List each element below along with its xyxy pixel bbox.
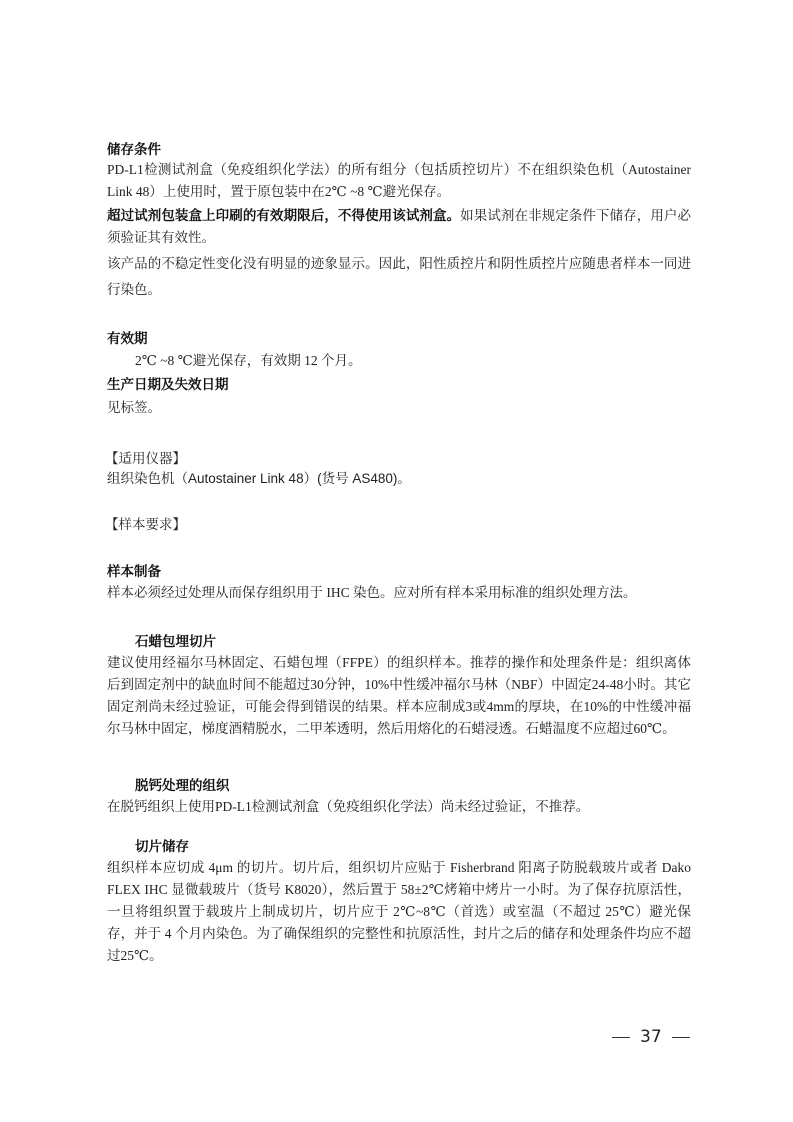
dates-text: 见标签。 bbox=[107, 397, 691, 419]
page-number-dash-right bbox=[672, 1037, 690, 1038]
dates-heading: 生产日期及失效日期 bbox=[107, 375, 691, 395]
expiry-heading: 有效期 bbox=[107, 329, 691, 349]
sample-prep-text: 样本必须经过处理从而保存组织用于 IHC 染色。应对所有样本采用标准的组织处理方… bbox=[107, 582, 691, 604]
slide-storage-text: 组织样本应切成 4μm 的切片。切片后，组织切片应贴于 Fisherbrand … bbox=[107, 857, 691, 967]
storage-para-1: PD-L1检测试剂盒（免疫组织化学法）的所有组分（包括质控切片）不在组织染色机（… bbox=[107, 159, 691, 203]
decal-heading: 脱钙处理的组织 bbox=[107, 776, 719, 796]
paraffin-heading: 石蜡包埋切片 bbox=[107, 632, 719, 652]
expiry-text: 2℃ ~8 ℃避光保存，有效期 12 个月。 bbox=[107, 350, 719, 372]
decal-text: 在脱钙组织上使用PD-L1检测试剂盒（免疫组织化学法）尚未经过验证，不推荐。 bbox=[107, 796, 691, 818]
page-number: 37 bbox=[612, 1027, 692, 1047]
storage-warning-bold: 超过试剂包装盒上印刷的有效期限后，不得使用该试剂盒。 bbox=[107, 208, 460, 224]
sample-requirements-heading: 【样本要求】 bbox=[105, 513, 689, 533]
sample-prep-heading: 样本制备 bbox=[107, 562, 691, 582]
storage-para-3: 该产品的不稳定性变化没有明显的迹象显示。因此，阳性质控片和阴性质控片应随患者样本… bbox=[107, 251, 691, 303]
page-number-dash-left bbox=[612, 1037, 630, 1038]
paraffin-text: 建议使用经福尔马林固定、石蜡包埋（FFPE）的组织样本。推荐的操作和处理条件是：… bbox=[107, 652, 691, 740]
storage-heading: 储存条件 bbox=[107, 140, 691, 160]
storage-para-2: 超过试剂包装盒上印刷的有效期限后，不得使用该试剂盒。如果试剂在非规定条件下储存，… bbox=[107, 205, 691, 249]
instrument-heading: 【适用仪器】 bbox=[105, 447, 689, 467]
instrument-text: 组织染色机（Autostainer Link 48）(货号 AS480)。 bbox=[107, 468, 691, 490]
slide-storage-heading: 切片储存 bbox=[107, 837, 719, 857]
page-number-value: 37 bbox=[640, 1027, 662, 1047]
